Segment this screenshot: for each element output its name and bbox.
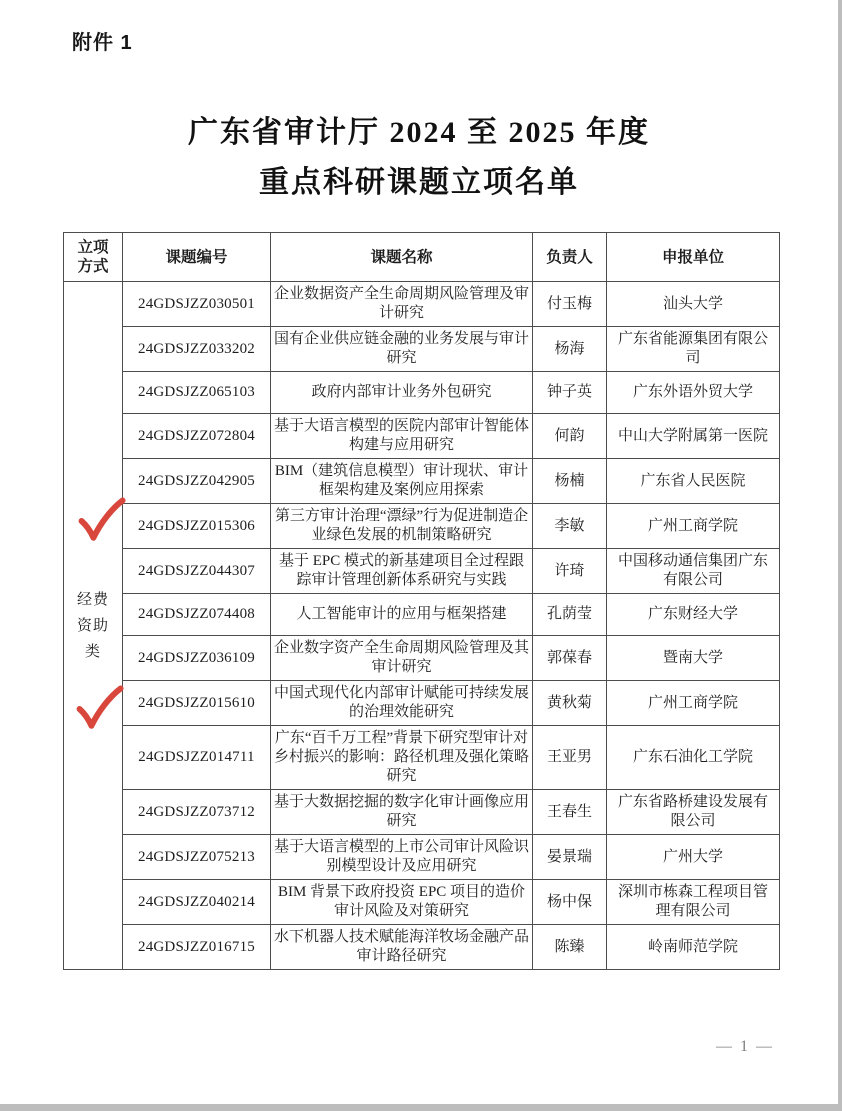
header-row: 立项方式 课题编号 课题名称 负责人 申报单位 bbox=[64, 233, 780, 282]
table-row: 24GDSJZZ042905BIM（建筑信息模型）审计现状、审计框架构建及案例应… bbox=[64, 459, 780, 504]
cell-code: 24GDSJZZ014711 bbox=[123, 726, 271, 790]
cell-leader: 孔荫莹 bbox=[533, 594, 607, 636]
cell-project-name: 国有企业供应链金融的业务发展与审计研究 bbox=[271, 327, 533, 372]
cell-unit: 中国移动通信集团广东有限公司 bbox=[607, 549, 780, 594]
cell-leader: 钟子英 bbox=[533, 372, 607, 414]
cell-code: 24GDSJZZ072804 bbox=[123, 414, 271, 459]
cell-leader: 郭葆春 bbox=[533, 636, 607, 681]
cell-code: 24GDSJZZ036109 bbox=[123, 636, 271, 681]
table-header: 立项方式 课题编号 课题名称 负责人 申报单位 bbox=[64, 233, 780, 282]
table-row: 24GDSJZZ072804基于大语言模型的医院内部审计智能体构建与应用研究何韵… bbox=[64, 414, 780, 459]
cell-leader: 王亚男 bbox=[533, 726, 607, 790]
table-body: 经费资助类24GDSJZZ030501企业数据资产全生命周期风险管理及审计研究付… bbox=[64, 282, 780, 970]
header-method: 立项方式 bbox=[64, 233, 123, 282]
table-row: 24GDSJZZ033202国有企业供应链金融的业务发展与审计研究杨海广东省能源… bbox=[64, 327, 780, 372]
cell-unit: 广州工商学院 bbox=[607, 504, 780, 549]
header-name: 课题名称 bbox=[271, 233, 533, 282]
cell-unit: 广州工商学院 bbox=[607, 681, 780, 726]
cell-unit: 中山大学附属第一医院 bbox=[607, 414, 780, 459]
cell-project-name: BIM（建筑信息模型）审计现状、审计框架构建及案例应用探索 bbox=[271, 459, 533, 504]
page-number: — 1 — bbox=[716, 1038, 774, 1056]
cell-code: 24GDSJZZ074408 bbox=[123, 594, 271, 636]
projects-table: 立项方式 课题编号 课题名称 负责人 申报单位 经费资助类24GDSJZZ030… bbox=[63, 232, 780, 970]
cell-unit: 深圳市栋森工程项目管理有限公司 bbox=[607, 880, 780, 925]
cell-leader: 王春生 bbox=[533, 790, 607, 835]
category-label: 经费资助类 bbox=[77, 587, 109, 665]
cell-project-name: 企业数字资产全生命周期风险管理及其审计研究 bbox=[271, 636, 533, 681]
cell-code: 24GDSJZZ030501 bbox=[123, 282, 271, 327]
table-row: 24GDSJZZ073712基于大数据挖掘的数字化审计画像应用研究王春生广东省路… bbox=[64, 790, 780, 835]
cell-leader: 李敏 bbox=[533, 504, 607, 549]
cell-project-name: 中国式现代化内部审计赋能可持续发展的治理效能研究 bbox=[271, 681, 533, 726]
cell-leader: 杨中保 bbox=[533, 880, 607, 925]
header-code: 课题编号 bbox=[123, 233, 271, 282]
cell-code: 24GDSJZZ015610 bbox=[123, 681, 271, 726]
cell-code: 24GDSJZZ016715 bbox=[123, 925, 271, 970]
header-unit: 申报单位 bbox=[607, 233, 780, 282]
cell-unit: 广东石油化工学院 bbox=[607, 726, 780, 790]
table-row: 24GDSJZZ075213基于大语言模型的上市公司审计风险识别模型设计及应用研… bbox=[64, 835, 780, 880]
cell-leader: 何韵 bbox=[533, 414, 607, 459]
cell-unit: 广东财经大学 bbox=[607, 594, 780, 636]
cell-unit: 岭南师范学院 bbox=[607, 925, 780, 970]
cell-project-name: BIM 背景下政府投资 EPC 项目的造价审计风险及对策研究 bbox=[271, 880, 533, 925]
table-row: 24GDSJZZ016715水下机器人技术赋能海洋牧场金融产品审计路径研究陈臻岭… bbox=[64, 925, 780, 970]
cell-project-name: 基于大数据挖掘的数字化审计画像应用研究 bbox=[271, 790, 533, 835]
cell-leader: 许琦 bbox=[533, 549, 607, 594]
cell-unit: 暨南大学 bbox=[607, 636, 780, 681]
cell-code: 24GDSJZZ033202 bbox=[123, 327, 271, 372]
cell-leader: 杨海 bbox=[533, 327, 607, 372]
table-row: 24GDSJZZ040214BIM 背景下政府投资 EPC 项目的造价审计风险及… bbox=[64, 880, 780, 925]
table-row: 24GDSJZZ044307基于 EPC 模式的新基建项目全过程跟踪审计管理创新… bbox=[64, 549, 780, 594]
document-page: 附件 1 广东省审计厅 2024 至 2025 年度 重点科研课题立项名单 立项… bbox=[0, 0, 838, 1104]
table-row: 24GDSJZZ014711广东“百千万工程”背景下研究型审计对乡村振兴的影响：… bbox=[64, 726, 780, 790]
table-row: 24GDSJZZ015306第三方审计治理“漂绿”行为促进制造企业绿色发展的机制… bbox=[64, 504, 780, 549]
cell-leader: 付玉梅 bbox=[533, 282, 607, 327]
cell-leader: 黄秋菊 bbox=[533, 681, 607, 726]
table-row: 24GDSJZZ074408人工智能审计的应用与框架搭建孔荫莹广东财经大学 bbox=[64, 594, 780, 636]
cell-project-name: 基于大语言模型的医院内部审计智能体构建与应用研究 bbox=[271, 414, 533, 459]
cell-unit: 广州大学 bbox=[607, 835, 780, 880]
table-row: 24GDSJZZ015610中国式现代化内部审计赋能可持续发展的治理效能研究黄秋… bbox=[64, 681, 780, 726]
cell-unit: 汕头大学 bbox=[607, 282, 780, 327]
cell-unit: 广东外语外贸大学 bbox=[607, 372, 780, 414]
cell-code: 24GDSJZZ040214 bbox=[123, 880, 271, 925]
cell-unit: 广东省人民医院 bbox=[607, 459, 780, 504]
cell-project-name: 企业数据资产全生命周期风险管理及审计研究 bbox=[271, 282, 533, 327]
cell-project-name: 政府内部审计业务外包研究 bbox=[271, 372, 533, 414]
cell-code: 24GDSJZZ065103 bbox=[123, 372, 271, 414]
cell-code: 24GDSJZZ015306 bbox=[123, 504, 271, 549]
table-row: 24GDSJZZ036109企业数字资产全生命周期风险管理及其审计研究郭葆春暨南… bbox=[64, 636, 780, 681]
cell-project-name: 人工智能审计的应用与框架搭建 bbox=[271, 594, 533, 636]
doc-title: 广东省审计厅 2024 至 2025 年度 重点科研课题立项名单 bbox=[0, 108, 838, 208]
header-leader: 负责人 bbox=[533, 233, 607, 282]
cell-leader: 陈臻 bbox=[533, 925, 607, 970]
table-row: 经费资助类24GDSJZZ030501企业数据资产全生命周期风险管理及审计研究付… bbox=[64, 282, 780, 327]
cell-project-name: 基于 EPC 模式的新基建项目全过程跟踪审计管理创新体系研究与实践 bbox=[271, 549, 533, 594]
cell-project-name: 基于大语言模型的上市公司审计风险识别模型设计及应用研究 bbox=[271, 835, 533, 880]
cell-leader: 杨楠 bbox=[533, 459, 607, 504]
cell-code: 24GDSJZZ042905 bbox=[123, 459, 271, 504]
cell-leader: 晏景瑞 bbox=[533, 835, 607, 880]
doc-title-line1: 广东省审计厅 2024 至 2025 年度 bbox=[0, 108, 838, 158]
cell-project-name: 水下机器人技术赋能海洋牧场金融产品审计路径研究 bbox=[271, 925, 533, 970]
cell-project-name: 第三方审计治理“漂绿”行为促进制造企业绿色发展的机制策略研究 bbox=[271, 504, 533, 549]
table-row: 24GDSJZZ065103政府内部审计业务外包研究钟子英广东外语外贸大学 bbox=[64, 372, 780, 414]
cell-unit: 广东省路桥建设发展有限公司 bbox=[607, 790, 780, 835]
method-category-cell: 经费资助类 bbox=[64, 282, 123, 970]
cell-code: 24GDSJZZ073712 bbox=[123, 790, 271, 835]
cell-project-name: 广东“百千万工程”背景下研究型审计对乡村振兴的影响：路径机理及强化策略研究 bbox=[271, 726, 533, 790]
cell-code: 24GDSJZZ075213 bbox=[123, 835, 271, 880]
doc-title-line2: 重点科研课题立项名单 bbox=[0, 158, 838, 208]
attachment-label: 附件 1 bbox=[72, 26, 133, 55]
cell-unit: 广东省能源集团有限公司 bbox=[607, 327, 780, 372]
cell-code: 24GDSJZZ044307 bbox=[123, 549, 271, 594]
